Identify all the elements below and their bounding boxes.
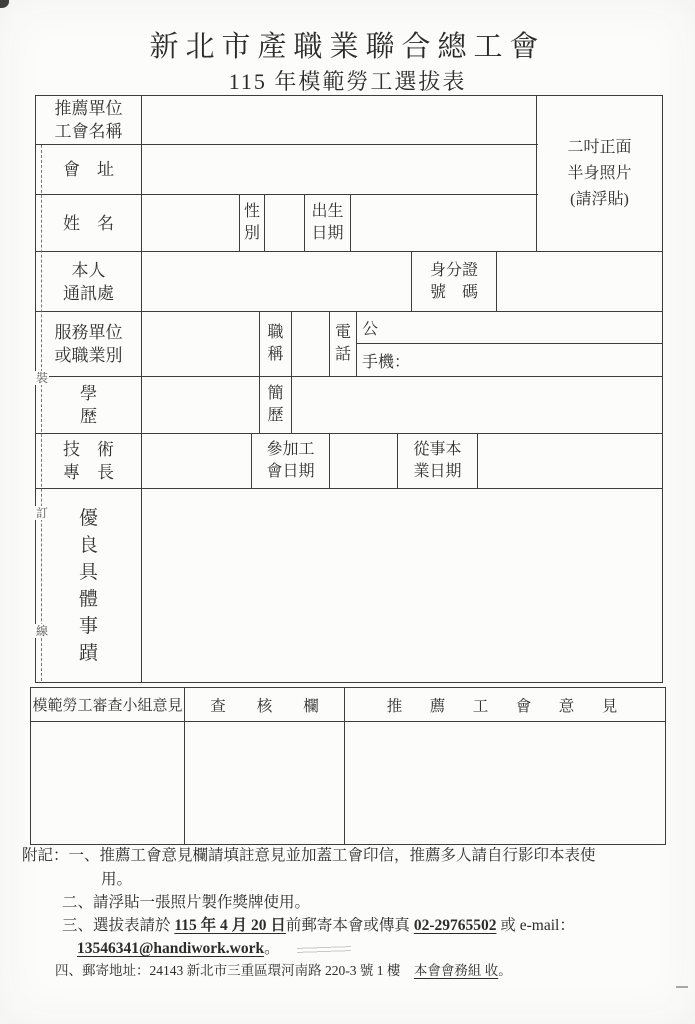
contact-value [141, 252, 411, 311]
note-4: 四、郵寄地址：24143 新北市三重區環河南路 220-3 號 1 樓 本會會務… [55, 959, 512, 979]
row-union-name: 推薦單位 工會名稱 [36, 96, 538, 144]
id-number-label: 身分證 號 碼 [411, 252, 496, 311]
photo-paste-area: 二吋正面 半身照片 (請浮貼) [536, 96, 662, 251]
job-title-label: 職 稱 [259, 312, 291, 376]
education-value [141, 377, 259, 433]
education-label: 學 歷 [36, 377, 141, 433]
employer-value [141, 312, 259, 376]
binding-dashed-line [41, 145, 42, 681]
job-title-value [291, 312, 329, 376]
scan-edge-artifact [676, 986, 688, 988]
review-table-body [31, 721, 665, 844]
note-3-end: 。 [264, 940, 280, 957]
union-opinion-cell [344, 722, 665, 844]
binding-mark-zhuang: 裝 [35, 371, 49, 385]
form-title: 新北市產職業聯合總工會 [0, 24, 695, 65]
birth-date-value [350, 195, 538, 251]
row-deeds: 優 良 具 體 事 蹟 [36, 488, 662, 682]
note-3-email-line: 13546341@handiwork.work。 [77, 936, 280, 958]
birth-date-label: 出生 日期 [304, 195, 350, 251]
note-1: 附記：一、推薦工會意見欄請填註意見並加蓋工會印信，推薦多人請自行影印本表使 [22, 843, 596, 865]
binding-mark-xian: 線 [35, 624, 49, 638]
union-opinion-header: 推 薦 工 會 意 見 [344, 688, 665, 721]
row-contact: 本人 通訊處 身分證 號 碼 [36, 251, 662, 311]
note-3-mid: 前郵寄本會或傳真 [286, 917, 414, 934]
phone-office-row: 公 [357, 312, 662, 344]
committee-opinion-header: 模範勞工審查小組意見 [31, 688, 184, 721]
form-subtitle: 115 年模範勞工選拔表 [0, 65, 695, 96]
join-union-date-value [329, 434, 397, 488]
check-column-header: 查 核 欄 [184, 688, 344, 721]
note-3-pre: 三、選拔表請於 [62, 917, 174, 934]
career-date-value [477, 434, 662, 488]
address-value [141, 145, 538, 194]
phone-label: 電 話 [329, 312, 356, 376]
resume-label: 簡 歷 [259, 377, 291, 433]
gender-value [264, 195, 304, 251]
note-3-email: 13546341@handiwork.work [77, 940, 264, 957]
contact-label: 本人 通訊處 [36, 252, 141, 311]
phone-mobile-row: 手機： [357, 344, 662, 376]
row-address: 會 址 [36, 144, 538, 194]
committee-opinion-cell [31, 722, 184, 844]
main-form-table: 二吋正面 半身照片 (請浮貼) 推薦單位 工會名稱 會 址 姓 名 性 別 出生… [35, 95, 663, 683]
row-name: 姓 名 性 別 出生 日期 [36, 194, 538, 251]
row-education: 學 歷 簡 歷 [36, 376, 662, 433]
union-name-label: 推薦單位 工會名稱 [36, 96, 141, 144]
name-label: 姓 名 [36, 195, 141, 251]
check-column-cell [184, 722, 344, 844]
employer-label: 服務單位 或職業別 [36, 312, 141, 376]
note-1-continuation: 用。 [101, 867, 132, 889]
note-4-pre: 四、郵寄地址：24143 新北市三重區環河南路 220-3 號 1 樓 [55, 963, 414, 978]
specialty-value [141, 434, 251, 488]
gender-label: 性 別 [239, 195, 264, 251]
binding-mark-ding: 訂 [35, 506, 49, 520]
union-name-value [141, 96, 538, 144]
deeds-label: 優 良 具 體 事 蹟 [36, 489, 141, 682]
deeds-value [141, 489, 662, 682]
note-4-recipient: 本會會務組 收 [414, 963, 498, 978]
review-table: 模範勞工審查小組意見 查 核 欄 推 薦 工 會 意 見 [30, 687, 666, 845]
scan-corner-artifact [0, 0, 9, 8]
id-number-value [496, 252, 662, 311]
phone-cell: 公 手機： [356, 312, 662, 376]
note-3-post: 或 e-mail： [496, 917, 574, 934]
row-specialty: 技 術 專 長 參加工 會日期 從事本 業日期 [36, 433, 662, 488]
resume-value [291, 377, 662, 433]
address-label: 會 址 [36, 145, 141, 194]
note-3-fax-number: 02-29765502 [414, 917, 497, 934]
career-date-label: 從事本 業日期 [397, 434, 477, 488]
name-value [141, 195, 239, 251]
note-3-deadline: 115 年 4 月 20 日 [174, 917, 286, 934]
join-union-date-label: 參加工 會日期 [251, 434, 329, 488]
specialty-label: 技 術 專 長 [36, 434, 141, 488]
scanned-form-page: 新北市產職業聯合總工會 115 年模範勞工選拔表 二吋正面 半身照片 (請浮貼)… [0, 0, 695, 1024]
row-employer: 服務單位 或職業別 職 稱 電 話 公 手機： [36, 311, 662, 376]
note-2: 二、請浮貼一張照片製作獎牌使用。 [62, 890, 310, 912]
note-4-end: 。 [498, 963, 512, 978]
review-table-header: 模範勞工審查小組意見 查 核 欄 推 薦 工 會 意 見 [31, 688, 665, 721]
note-3: 三、選拔表請於 115 年 4 月 20 日前郵寄本會或傳真 02-297655… [62, 913, 575, 935]
scan-ghost-artifact [297, 944, 351, 956]
